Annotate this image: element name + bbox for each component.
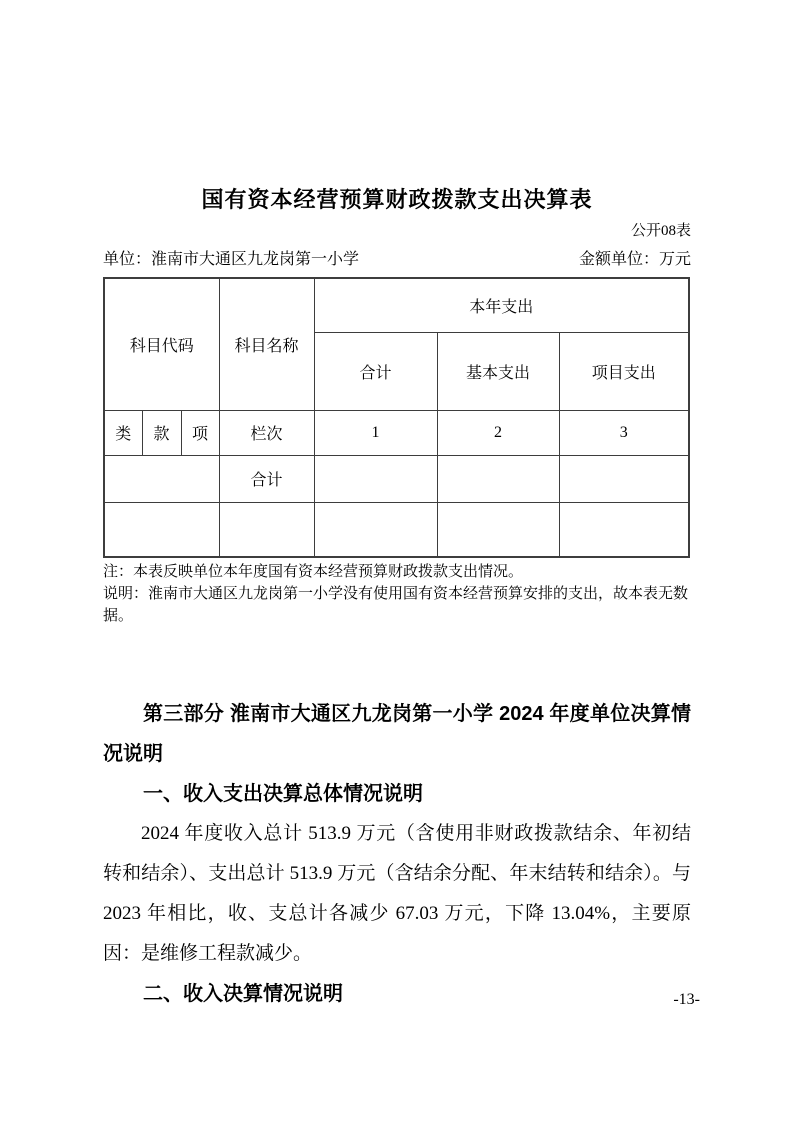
header-project-expenditure: 项目支出 bbox=[559, 332, 689, 410]
table-cell bbox=[219, 502, 314, 557]
table-note: 注：本表反映单位本年度国有资本经营预算财政拨款支出情况。 bbox=[103, 561, 691, 583]
header-total: 合计 bbox=[314, 332, 437, 410]
page-content: 国有资本经营预算财政拨款支出决算表 公开08表 单位：淮南市大通区九龙岗第一小学… bbox=[103, 0, 691, 1014]
document-page: 国有资本经营预算财政拨款支出决算表 公开08表 单位：淮南市大通区九龙岗第一小学… bbox=[0, 0, 793, 1122]
table-cell-category: 类 bbox=[104, 410, 142, 455]
header-basic-expenditure: 基本支出 bbox=[437, 332, 559, 410]
table-cell bbox=[559, 502, 689, 557]
table-row bbox=[104, 502, 689, 557]
table-row: 类 款 项 栏次 1 2 3 bbox=[104, 410, 689, 455]
table-cell-col-2: 2 bbox=[437, 410, 559, 455]
table-cell-column-label: 栏次 bbox=[219, 410, 314, 455]
section-one-paragraph: 2024 年度收入总计 513.9 万元（含使用非财政拨款结余、年初结转和结余）… bbox=[103, 814, 691, 974]
table-title: 国有资本经营预算财政拨款支出决算表 bbox=[103, 186, 691, 214]
table-cell-subitem: 项 bbox=[181, 410, 219, 455]
table-explanation: 说明：淮南市大通区九龙岗第一小学没有使用国有资本经营预算安排的支出，故本表无数据… bbox=[103, 583, 691, 627]
amount-unit-label: 金额单位：万元 bbox=[579, 251, 691, 269]
table-cell bbox=[437, 455, 559, 502]
table-cell-item: 款 bbox=[142, 410, 181, 455]
header-current-year-expenditure: 本年支出 bbox=[314, 278, 689, 332]
table-cell bbox=[104, 455, 219, 502]
table-cell bbox=[314, 455, 437, 502]
header-subject-code: 科目代码 bbox=[104, 278, 219, 410]
table-cell bbox=[559, 455, 689, 502]
table-cell bbox=[104, 502, 219, 557]
table-header-row-1: 科目代码 科目名称 本年支出 bbox=[104, 278, 689, 332]
section-one-title: 一、收入支出决算总体情况说明 bbox=[103, 774, 691, 814]
table-meta-row: 单位：淮南市大通区九龙岗第一小学 金额单位：万元 bbox=[103, 251, 691, 269]
table-code-label: 公开08表 bbox=[103, 223, 691, 240]
page-number: -13- bbox=[103, 990, 700, 1010]
expenditure-table: 科目代码 科目名称 本年支出 合计 基本支出 项目支出 类 款 项 栏次 1 2… bbox=[103, 277, 690, 558]
table-cell bbox=[314, 502, 437, 557]
table-cell-col-3: 3 bbox=[559, 410, 689, 455]
table-row: 合计 bbox=[104, 455, 689, 502]
table-cell bbox=[437, 502, 559, 557]
header-subject-name: 科目名称 bbox=[219, 278, 314, 410]
table-cell-total-label: 合计 bbox=[219, 455, 314, 502]
part-three-heading: 第三部分 淮南市大通区九龙岗第一小学 2024 年度单位决算情况说明 bbox=[103, 694, 691, 774]
table-cell-col-1: 1 bbox=[314, 410, 437, 455]
table-notes: 注：本表反映单位本年度国有资本经营预算财政拨款支出情况。 说明：淮南市大通区九龙… bbox=[103, 561, 691, 627]
unit-label: 单位：淮南市大通区九龙岗第一小学 bbox=[103, 251, 359, 269]
